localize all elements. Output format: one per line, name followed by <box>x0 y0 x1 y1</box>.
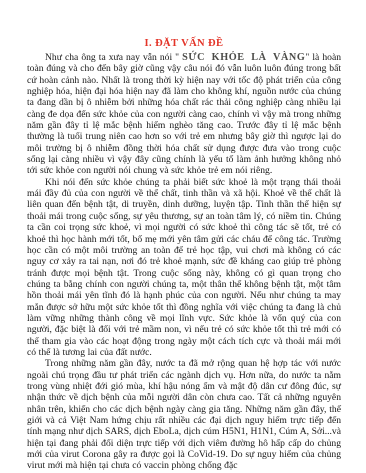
paragraph-1-body-text: " là hoàn toàn đúng và cho đến bây giờ c… <box>27 52 341 176</box>
document-page: I. ĐẶT VẤN ĐỀ Như cha ông ta xưa nay vẫn… <box>0 0 366 473</box>
health-is-gold-quote: SỨC KHỎE LÀ VÀNG <box>182 52 305 63</box>
paragraph-1-lead-text: Như cha ông ta xưa nay vẫn nói " <box>45 52 182 63</box>
section-title: I. ĐẶT VẤN ĐỀ <box>27 38 341 49</box>
paragraph-introduction: Như cha ông ta xưa nay vẫn nói " SỨC KHỎ… <box>27 52 341 177</box>
paragraph-health-definition: Khi nói đến sức khỏe chúng ta phải biết … <box>27 177 341 359</box>
paragraph-epidemics: Trong những năm gần đây, nước ta đã mở r… <box>27 358 341 471</box>
